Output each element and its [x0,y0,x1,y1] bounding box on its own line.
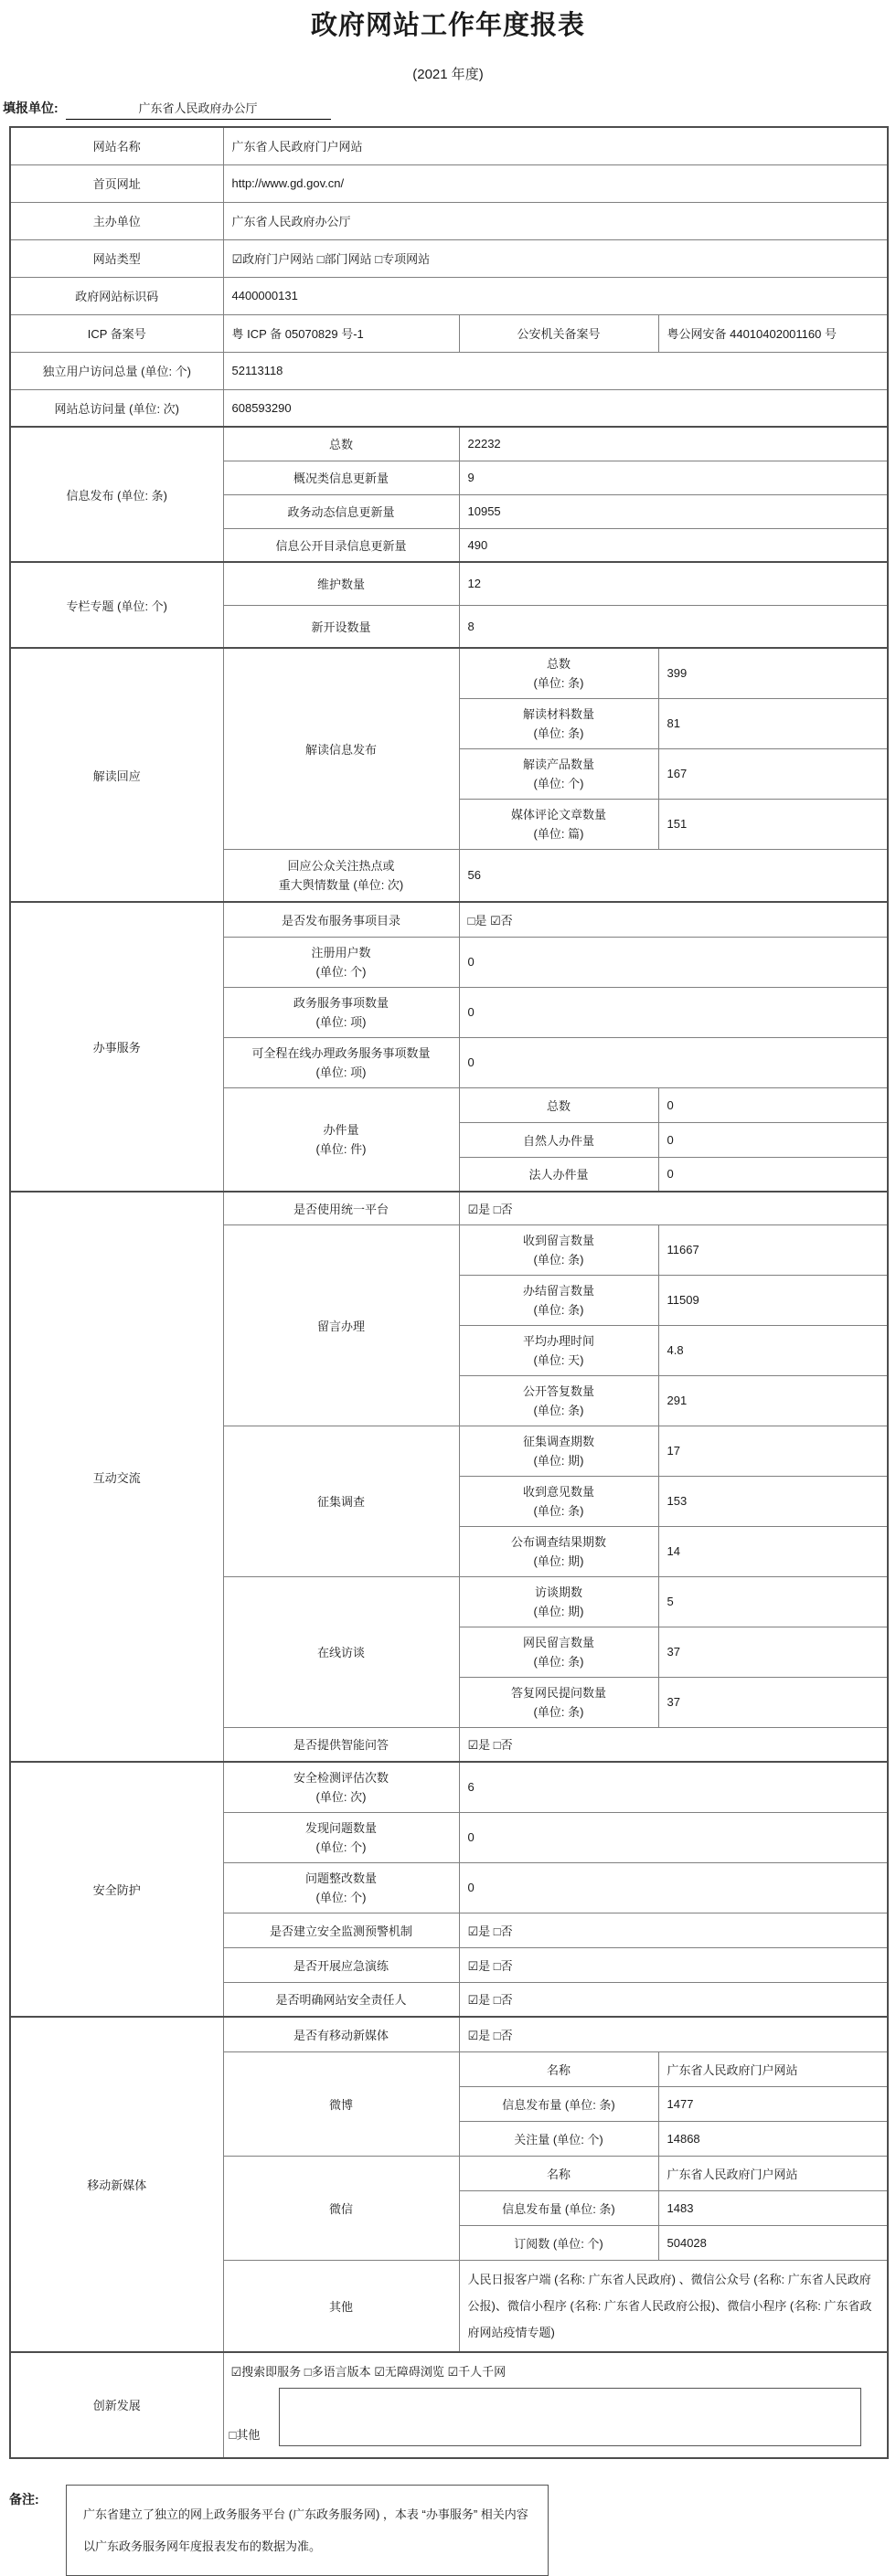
results-published-label: 公布调查结果期数 (单位: 期) [459,1526,658,1576]
remarks-text: 广东省建立了独立的网上政务服务平台 (广东政务服务网) ，本表 “办事服务” 相… [66,2485,549,2576]
weibo-posts-value: 1477 [658,2086,888,2121]
emergency-drill-checkboxes: ☑是 □否 [459,1947,888,1982]
innovation-checkboxes: ☑搜索即服务 □多语言版本 ☑无障碍浏览 ☑千人千网 [229,2360,888,2384]
innovation-other-input[interactable] [279,2388,862,2446]
site-name-label: 网站名称 [10,127,223,164]
unified-platform-label: 是否使用统一平台 [223,1192,459,1224]
natural-person-value: 0 [658,1122,888,1157]
site-code-label: 政府网站标识码 [10,277,223,314]
case-total-label: 总数 [459,1087,658,1122]
registered-users-value: 0 [459,937,888,987]
service-catalog-checkboxes: □是 ☑否 [459,902,888,937]
security-officer-label: 是否明确网站安全责任人 [223,1982,459,2017]
online-items-value: 0 [459,1037,888,1087]
section-interaction: 互动交流 [10,1192,223,1762]
info-total-label: 总数 [223,427,459,461]
innovation-other-checkbox-label: □其他 [229,2425,279,2446]
site-type-label: 网站类型 [10,239,223,277]
weibo-name-label: 名称 [459,2051,658,2086]
public-replies-value: 291 [658,1375,888,1426]
remarks-section: 备注: 广东省建立了独立的网上政务服务平台 (广东政务服务网) ，本表 “办事服… [9,2485,896,2576]
hot-response-label: 回应公众关注热点或 重大舆情数量 (单位: 次) [223,849,459,902]
remarks-label: 备注: [9,2485,66,2576]
media-comments-label: 媒体评论文章数量 (单位: 篇) [459,799,658,849]
survey-periods-label: 征集调查期数 (单位: 期) [459,1426,658,1476]
wechat-posts-value: 1483 [658,2190,888,2225]
wechat-label: 微信 [223,2156,459,2260]
interp-products-value: 167 [658,748,888,799]
site-type-checkboxes: ☑政府门户网站 □部门网站 □专项网站 [223,239,888,277]
interp-materials-label: 解读材料数量 (单位: 条) [459,698,658,748]
messages-received-label: 收到留言数量 (单位: 条) [459,1224,658,1275]
questions-answered-value: 37 [658,1677,888,1727]
new-topics-label: 新开设数量 [223,605,459,648]
unique-visitors-label: 独立用户访问总量 (单位: 个) [10,352,223,389]
netizen-messages-label: 网民留言数量 (单位: 条) [459,1627,658,1677]
sponsor-label: 主办单位 [10,202,223,239]
interview-periods-label: 访谈期数 (单位: 期) [459,1576,658,1627]
survey-periods-value: 17 [658,1426,888,1476]
maintained-topics-value: 12 [459,562,888,605]
overview-update-label: 概况类信息更新量 [223,461,459,494]
warning-mechanism-label: 是否建立安全监测预警机制 [223,1913,459,1947]
home-url-label: 首页网址 [10,164,223,202]
interp-materials-value: 81 [658,698,888,748]
smart-qa-checkboxes: ☑是 □否 [459,1727,888,1762]
online-items-label: 可全程在线办理政务服务事项数量 (单位: 项) [223,1037,459,1087]
police-record-value: 粤公网安备 44010402001160 号 [658,314,888,352]
weibo-followers-value: 14868 [658,2121,888,2156]
section-security: 安全防护 [10,1762,223,2017]
section-info-release: 信息发布 (单位: 条) [10,427,223,562]
site-name-value: 广东省人民政府门户网站 [223,127,888,164]
section-special-topics: 专栏专题 (单位: 个) [10,562,223,648]
case-total-value: 0 [658,1087,888,1122]
emergency-drill-label: 是否开展应急演练 [223,1947,459,1982]
security-officer-checkboxes: ☑是 □否 [459,1982,888,2017]
section-new-media: 移动新媒体 [10,2017,223,2352]
home-url-value: http://www.gd.gov.cn/ [223,164,888,202]
page-title: 政府网站工作年度报表 [0,0,896,44]
new-topics-value: 8 [459,605,888,648]
hot-response-value: 56 [459,849,888,902]
police-record-label: 公安机关备案号 [459,314,658,352]
site-code-value: 4400000131 [223,277,888,314]
interview-periods-value: 5 [658,1576,888,1627]
overview-update-value: 9 [459,461,888,494]
section-innovation: 创新发展 [10,2352,223,2458]
legal-person-value: 0 [658,1157,888,1192]
legal-person-label: 法人办件量 [459,1157,658,1192]
report-unit-value: 广东省人民政府办公厅 [66,99,331,120]
opinions-received-label: 收到意见数量 (单位: 条) [459,1476,658,1526]
icp-label: ICP 备案号 [10,314,223,352]
interp-products-label: 解读产品数量 (单位: 个) [459,748,658,799]
weibo-posts-label: 信息发布量 (单位: 条) [459,2086,658,2121]
interp-total-value: 399 [658,648,888,698]
media-comments-value: 151 [658,799,888,849]
unique-visitors-value: 52113118 [223,352,888,389]
weibo-name-value: 广东省人民政府门户网站 [658,2051,888,2086]
section-services: 办事服务 [10,902,223,1192]
netizen-messages-value: 37 [658,1627,888,1677]
interpretation-publish-label: 解读信息发布 [223,648,459,849]
section-interpretation: 解读回应 [10,648,223,902]
case-volume-label: 办件量 (单位: 件) [223,1087,459,1192]
public-replies-label: 公开答复数量 (单位: 条) [459,1375,658,1426]
messages-closed-value: 11509 [658,1275,888,1325]
problems-found-label: 发现问题数量 (单位: 个) [223,1812,459,1862]
problems-fixed-label: 问题整改数量 (单位: 个) [223,1862,459,1913]
security-checks-label: 安全检测评估次数 (单位: 次) [223,1762,459,1812]
messages-received-value: 11667 [658,1224,888,1275]
questions-answered-label: 答复网民提问数量 (单位: 条) [459,1677,658,1727]
annual-report-table: 网站名称 广东省人民政府门户网站 首页网址 http://www.gd.gov.… [9,126,889,2459]
natural-person-label: 自然人办件量 [459,1122,658,1157]
has-new-media-checkboxes: ☑是 □否 [459,2017,888,2051]
disclosure-update-label: 信息公开目录信息更新量 [223,528,459,562]
security-checks-value: 6 [459,1762,888,1812]
has-new-media-label: 是否有移动新媒体 [223,2017,459,2051]
sponsor-value: 广东省人民政府办公厅 [223,202,888,239]
service-items-label: 政务服务事项数量 (单位: 项) [223,987,459,1037]
innovation-cell: ☑搜索即服务 □多语言版本 ☑无障碍浏览 ☑千人千网 □其他 [223,2352,888,2458]
message-handling-label: 留言办理 [223,1224,459,1426]
report-year: (2021 年度) [0,66,896,84]
maintained-topics-label: 维护数量 [223,562,459,605]
wechat-subscribers-label: 订阅数 (单位: 个) [459,2225,658,2260]
opinions-received-value: 153 [658,1476,888,1526]
info-total-value: 22232 [459,427,888,461]
problems-fixed-value: 0 [459,1862,888,1913]
smart-qa-label: 是否提供智能问答 [223,1727,459,1762]
gov-news-update-value: 10955 [459,494,888,528]
messages-closed-label: 办结留言数量 (单位: 条) [459,1275,658,1325]
survey-label: 征集调查 [223,1426,459,1576]
online-interview-label: 在线访谈 [223,1576,459,1727]
gov-news-update-label: 政务动态信息更新量 [223,494,459,528]
other-media-label: 其他 [223,2260,459,2352]
wechat-subscribers-value: 504028 [658,2225,888,2260]
weibo-followers-label: 关注量 (单位: 个) [459,2121,658,2156]
registered-users-label: 注册用户数 (单位: 个) [223,937,459,987]
wechat-name-label: 名称 [459,2156,658,2190]
warning-mechanism-checkboxes: ☑是 □否 [459,1913,888,1947]
service-catalog-label: 是否发布服务事项目录 [223,902,459,937]
unified-platform-checkboxes: ☑是 □否 [459,1192,888,1224]
avg-handle-time-value: 4.8 [658,1325,888,1375]
wechat-posts-label: 信息发布量 (单位: 条) [459,2190,658,2225]
total-visits-value: 608593290 [223,389,888,427]
other-media-value: 人民日报客户端 (名称: 广东省人民政府) 、微信公众号 (名称: 广东省人民政… [459,2260,888,2352]
wechat-name-value: 广东省人民政府门户网站 [658,2156,888,2190]
interp-total-label: 总数 (单位: 条) [459,648,658,698]
problems-found-value: 0 [459,1812,888,1862]
report-unit-label: 填报单位: [3,101,59,115]
total-visits-label: 网站总访问量 (单位: 次) [10,389,223,427]
icp-value: 粤 ICP 备 05070829 号-1 [223,314,459,352]
disclosure-update-value: 490 [459,528,888,562]
avg-handle-time-label: 平均办理时间 (单位: 天) [459,1325,658,1375]
results-published-value: 14 [658,1526,888,1576]
weibo-label: 微博 [223,2051,459,2156]
report-unit-line: 填报单位: 广东省人民政府办公厅 [3,99,896,121]
service-items-value: 0 [459,987,888,1037]
